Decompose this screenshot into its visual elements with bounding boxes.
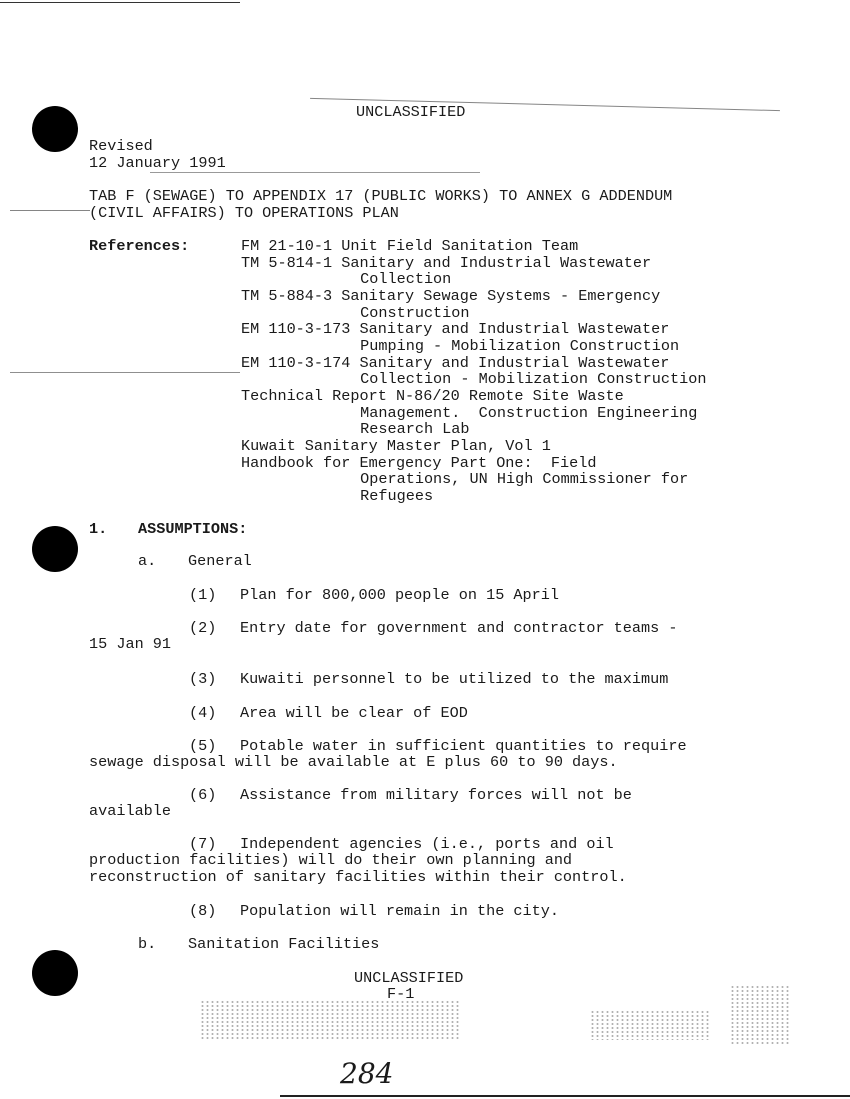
- reference-line: Pumping - Mobilization Construction: [269, 338, 679, 355]
- document-title-line1: TAB F (SEWAGE) TO APPENDIX 17 (PUBLIC WO…: [89, 188, 672, 205]
- revision-label: Revised: [89, 138, 153, 155]
- reference-line: EM 110-3-174 Sanitary and Industrial Was…: [241, 355, 669, 372]
- scan-artifact-line: [150, 172, 480, 173]
- item-text-continued: production facilities) will do their own…: [89, 852, 572, 869]
- item-text-continued: available: [89, 803, 171, 820]
- reference-line: Refugees: [269, 488, 433, 505]
- punch-hole-top: [32, 106, 78, 152]
- scan-noise: [730, 985, 790, 1045]
- reference-line: Collection - Mobilization Construction: [269, 371, 706, 388]
- revision-date: 12 January 1991: [89, 155, 226, 172]
- classification-header: UNCLASSIFIED: [356, 104, 465, 121]
- item-number: (6): [189, 787, 216, 804]
- item-number: (1): [189, 587, 216, 604]
- punch-hole-middle: [32, 526, 78, 572]
- section-heading: ASSUMPTIONS:: [138, 521, 247, 538]
- item-text: Population will remain in the city.: [240, 903, 559, 920]
- scan-artifact-line: [10, 372, 240, 373]
- reference-line: Kuwait Sanitary Master Plan, Vol 1: [241, 438, 551, 455]
- item-text: Kuwaiti personnel to be utilized to the …: [240, 671, 668, 688]
- reference-line: Research Lab: [269, 421, 470, 438]
- item-text: Plan for 800,000 people on 15 April: [240, 587, 559, 604]
- handwritten-page-number: 284: [340, 1058, 393, 1090]
- scan-artifact-line: [0, 2, 240, 3]
- scan-noise: [590, 1010, 710, 1040]
- item-text-continued: reconstruction of sanitary facilities wi…: [89, 869, 627, 886]
- punch-hole-bottom: [32, 950, 78, 996]
- item-text: Entry date for government and contractor…: [240, 620, 677, 637]
- document-title-line2: (CIVIL AFFAIRS) TO OPERATIONS PLAN: [89, 205, 399, 222]
- item-number: (4): [189, 705, 216, 722]
- scan-artifact-line: [10, 210, 90, 211]
- item-text-continued: sewage disposal will be available at E p…: [89, 754, 618, 771]
- reference-line: Construction: [269, 305, 470, 322]
- subsection-a-letter: a.: [138, 553, 156, 570]
- references-label: References:: [89, 238, 189, 255]
- page-bottom-edge: [280, 1095, 850, 1097]
- item-text-continued: 15 Jan 91: [89, 636, 171, 653]
- reference-line: EM 110-3-173 Sanitary and Industrial Was…: [241, 321, 669, 338]
- reference-line: Handbook for Emergency Part One: Field: [241, 455, 596, 472]
- scan-noise: [200, 1000, 460, 1040]
- subsection-b-title: Sanitation Facilities: [188, 936, 379, 953]
- item-number: (2): [189, 620, 216, 637]
- reference-line: Operations, UN High Commissioner for: [269, 471, 688, 488]
- subsection-a-title: General: [188, 553, 252, 570]
- item-number: (8): [189, 903, 216, 920]
- section-number: 1.: [89, 521, 107, 538]
- reference-line: TM 5-814-1 Sanitary and Industrial Waste…: [241, 255, 651, 272]
- subsection-b-letter: b.: [138, 936, 156, 953]
- item-number: (3): [189, 671, 216, 688]
- item-text: Assistance from military forces will not…: [240, 787, 632, 804]
- reference-line: Technical Report N-86/20 Remote Site Was…: [241, 388, 624, 405]
- reference-line: Collection: [269, 271, 451, 288]
- reference-line: FM 21-10-1 Unit Field Sanitation Team: [241, 238, 578, 255]
- page-number: F-1: [387, 986, 414, 1003]
- reference-line: Management. Construction Engineering: [269, 405, 697, 422]
- reference-line: TM 5-884-3 Sanitary Sewage Systems - Eme…: [241, 288, 660, 305]
- item-text: Area will be clear of EOD: [240, 705, 468, 722]
